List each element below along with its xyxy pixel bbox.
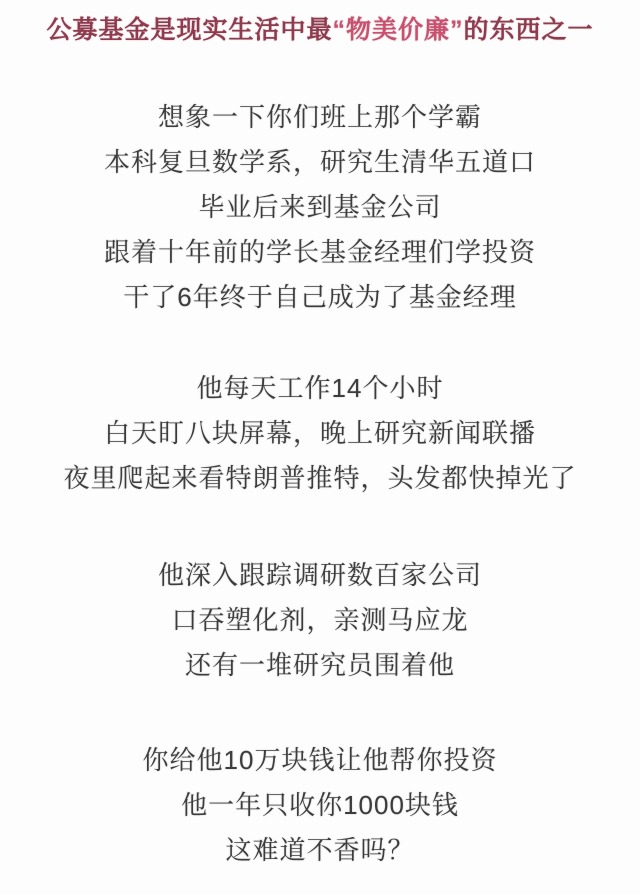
text-line: 口吞塑化剂，亲测马应龙	[0, 598, 640, 643]
paragraph-3: 他深入跟踪调研数百家公司 口吞塑化剂，亲测马应龙 还有一堆研究员围着他	[0, 553, 640, 688]
article-page: 公募基金是现实生活中最“物美价廉”的东西之一 想象一下你们班上那个学霸 本科复旦…	[0, 0, 640, 895]
text-line: 毕业后来到基金公司	[0, 185, 640, 230]
text-line: 白天盯八块屏幕，晚上研究新闻联播	[0, 411, 640, 456]
text-line: 你给他10万块钱让他帮你投资	[0, 738, 640, 783]
text-line: 干了6年终于自己成为了基金经理	[0, 275, 640, 320]
paragraph-4: 你给他10万块钱让他帮你投资 他一年只收你1000块钱 这难道不香吗？	[0, 738, 640, 873]
text-line: 他一年只收你1000块钱	[0, 783, 640, 828]
text-line: 夜里爬起来看特朗普推特，头发都快掉光了	[0, 456, 640, 501]
page-title-prefix: 公募基金是现实生活中最	[46, 16, 332, 44]
text-line: 本科复旦数学系，研究生清华五道口	[0, 140, 640, 185]
text-line: 还有一堆研究员围着他	[0, 643, 640, 688]
text-line: 跟着十年前的学长基金经理们学投资	[0, 230, 640, 275]
paragraph-2: 他每天工作14个小时 白天盯八块屏幕，晚上研究新闻联播 夜里爬起来看特朗普推特，…	[0, 366, 640, 501]
paragraph-1: 想象一下你们班上那个学霸 本科复旦数学系，研究生清华五道口 毕业后来到基金公司 …	[0, 95, 640, 320]
text-line: 这难道不香吗？	[0, 828, 640, 873]
text-line: 他每天工作14个小时	[0, 366, 640, 411]
page-title-suffix: 的东西之一	[464, 16, 594, 44]
text-line: 想象一下你们班上那个学霸	[0, 95, 640, 140]
page-title-highlight: “物美价廉”	[332, 16, 463, 44]
page-title: 公募基金是现实生活中最“物美价廉”的东西之一	[0, 0, 640, 50]
text-line: 他深入跟踪调研数百家公司	[0, 553, 640, 598]
